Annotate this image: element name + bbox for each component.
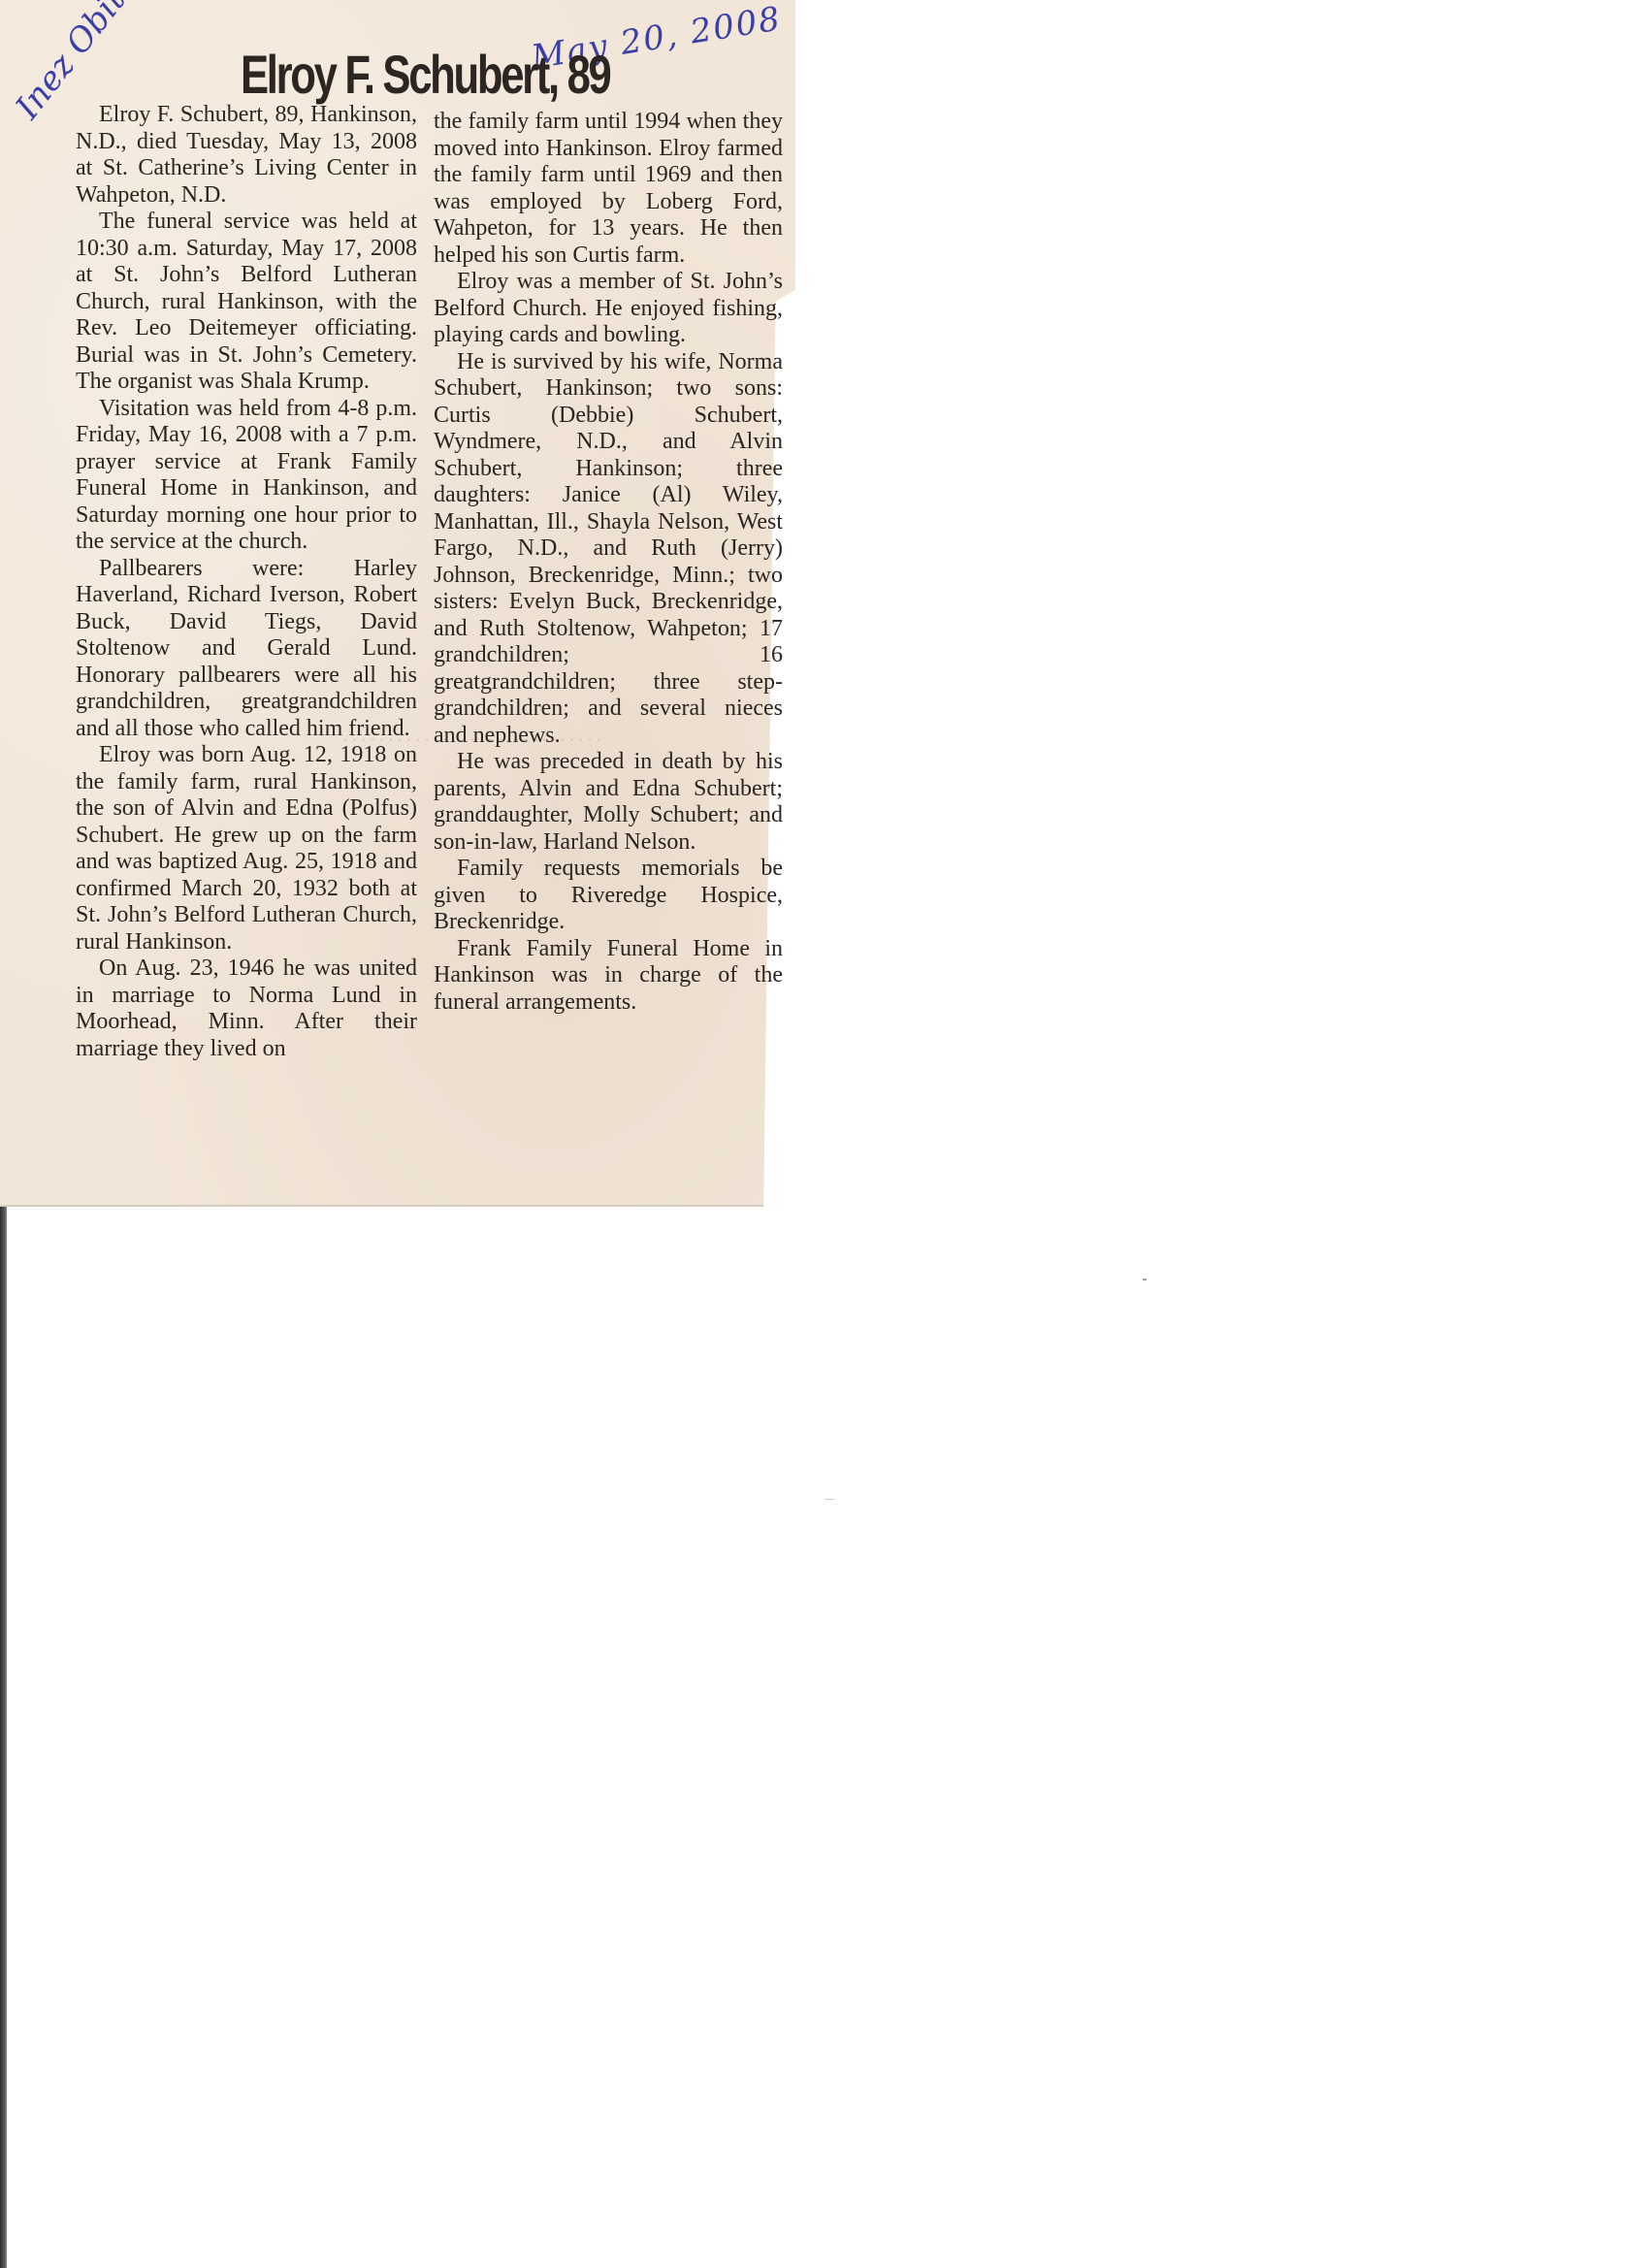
- paragraph: He is survived by his wife, Norma Schube…: [434, 349, 783, 750]
- scan-speck: [1143, 1279, 1147, 1280]
- left-column: Elroy F. Schubert, 89, Hankinson, N.D., …: [76, 102, 417, 1062]
- paragraph: Visitation was held from 4-8 p.m. Friday…: [76, 396, 417, 556]
- paragraph: Elroy F. Schubert, 89, Hankinson, N.D., …: [76, 102, 417, 209]
- paragraph: Pallbearers were: Harley Haverland, Rich…: [76, 556, 417, 743]
- scan-speck: [824, 1499, 834, 1500]
- paragraph: He was preceded in death by his parents,…: [434, 749, 783, 856]
- paragraph: On Aug. 23, 1946 he was united in marria…: [76, 956, 417, 1062]
- paragraph: Elroy was born Aug. 12, 1918 on the fami…: [76, 742, 417, 956]
- right-column: the family farm until 1994 when they mov…: [434, 109, 783, 1016]
- obituary-headline: Elroy F. Schubert, 89: [241, 43, 559, 106]
- paragraph: Frank Family Funeral Home in Hankinson w…: [434, 936, 783, 1017]
- paragraph: Family requests memorials be given to Ri…: [434, 856, 783, 936]
- paragraph: The funeral service was held at 10:30 a.…: [76, 209, 417, 396]
- paragraph: Elroy was a member of St. John’s Belford…: [434, 269, 783, 349]
- paragraph-continuation: the family farm until 1994 when they mov…: [434, 109, 783, 269]
